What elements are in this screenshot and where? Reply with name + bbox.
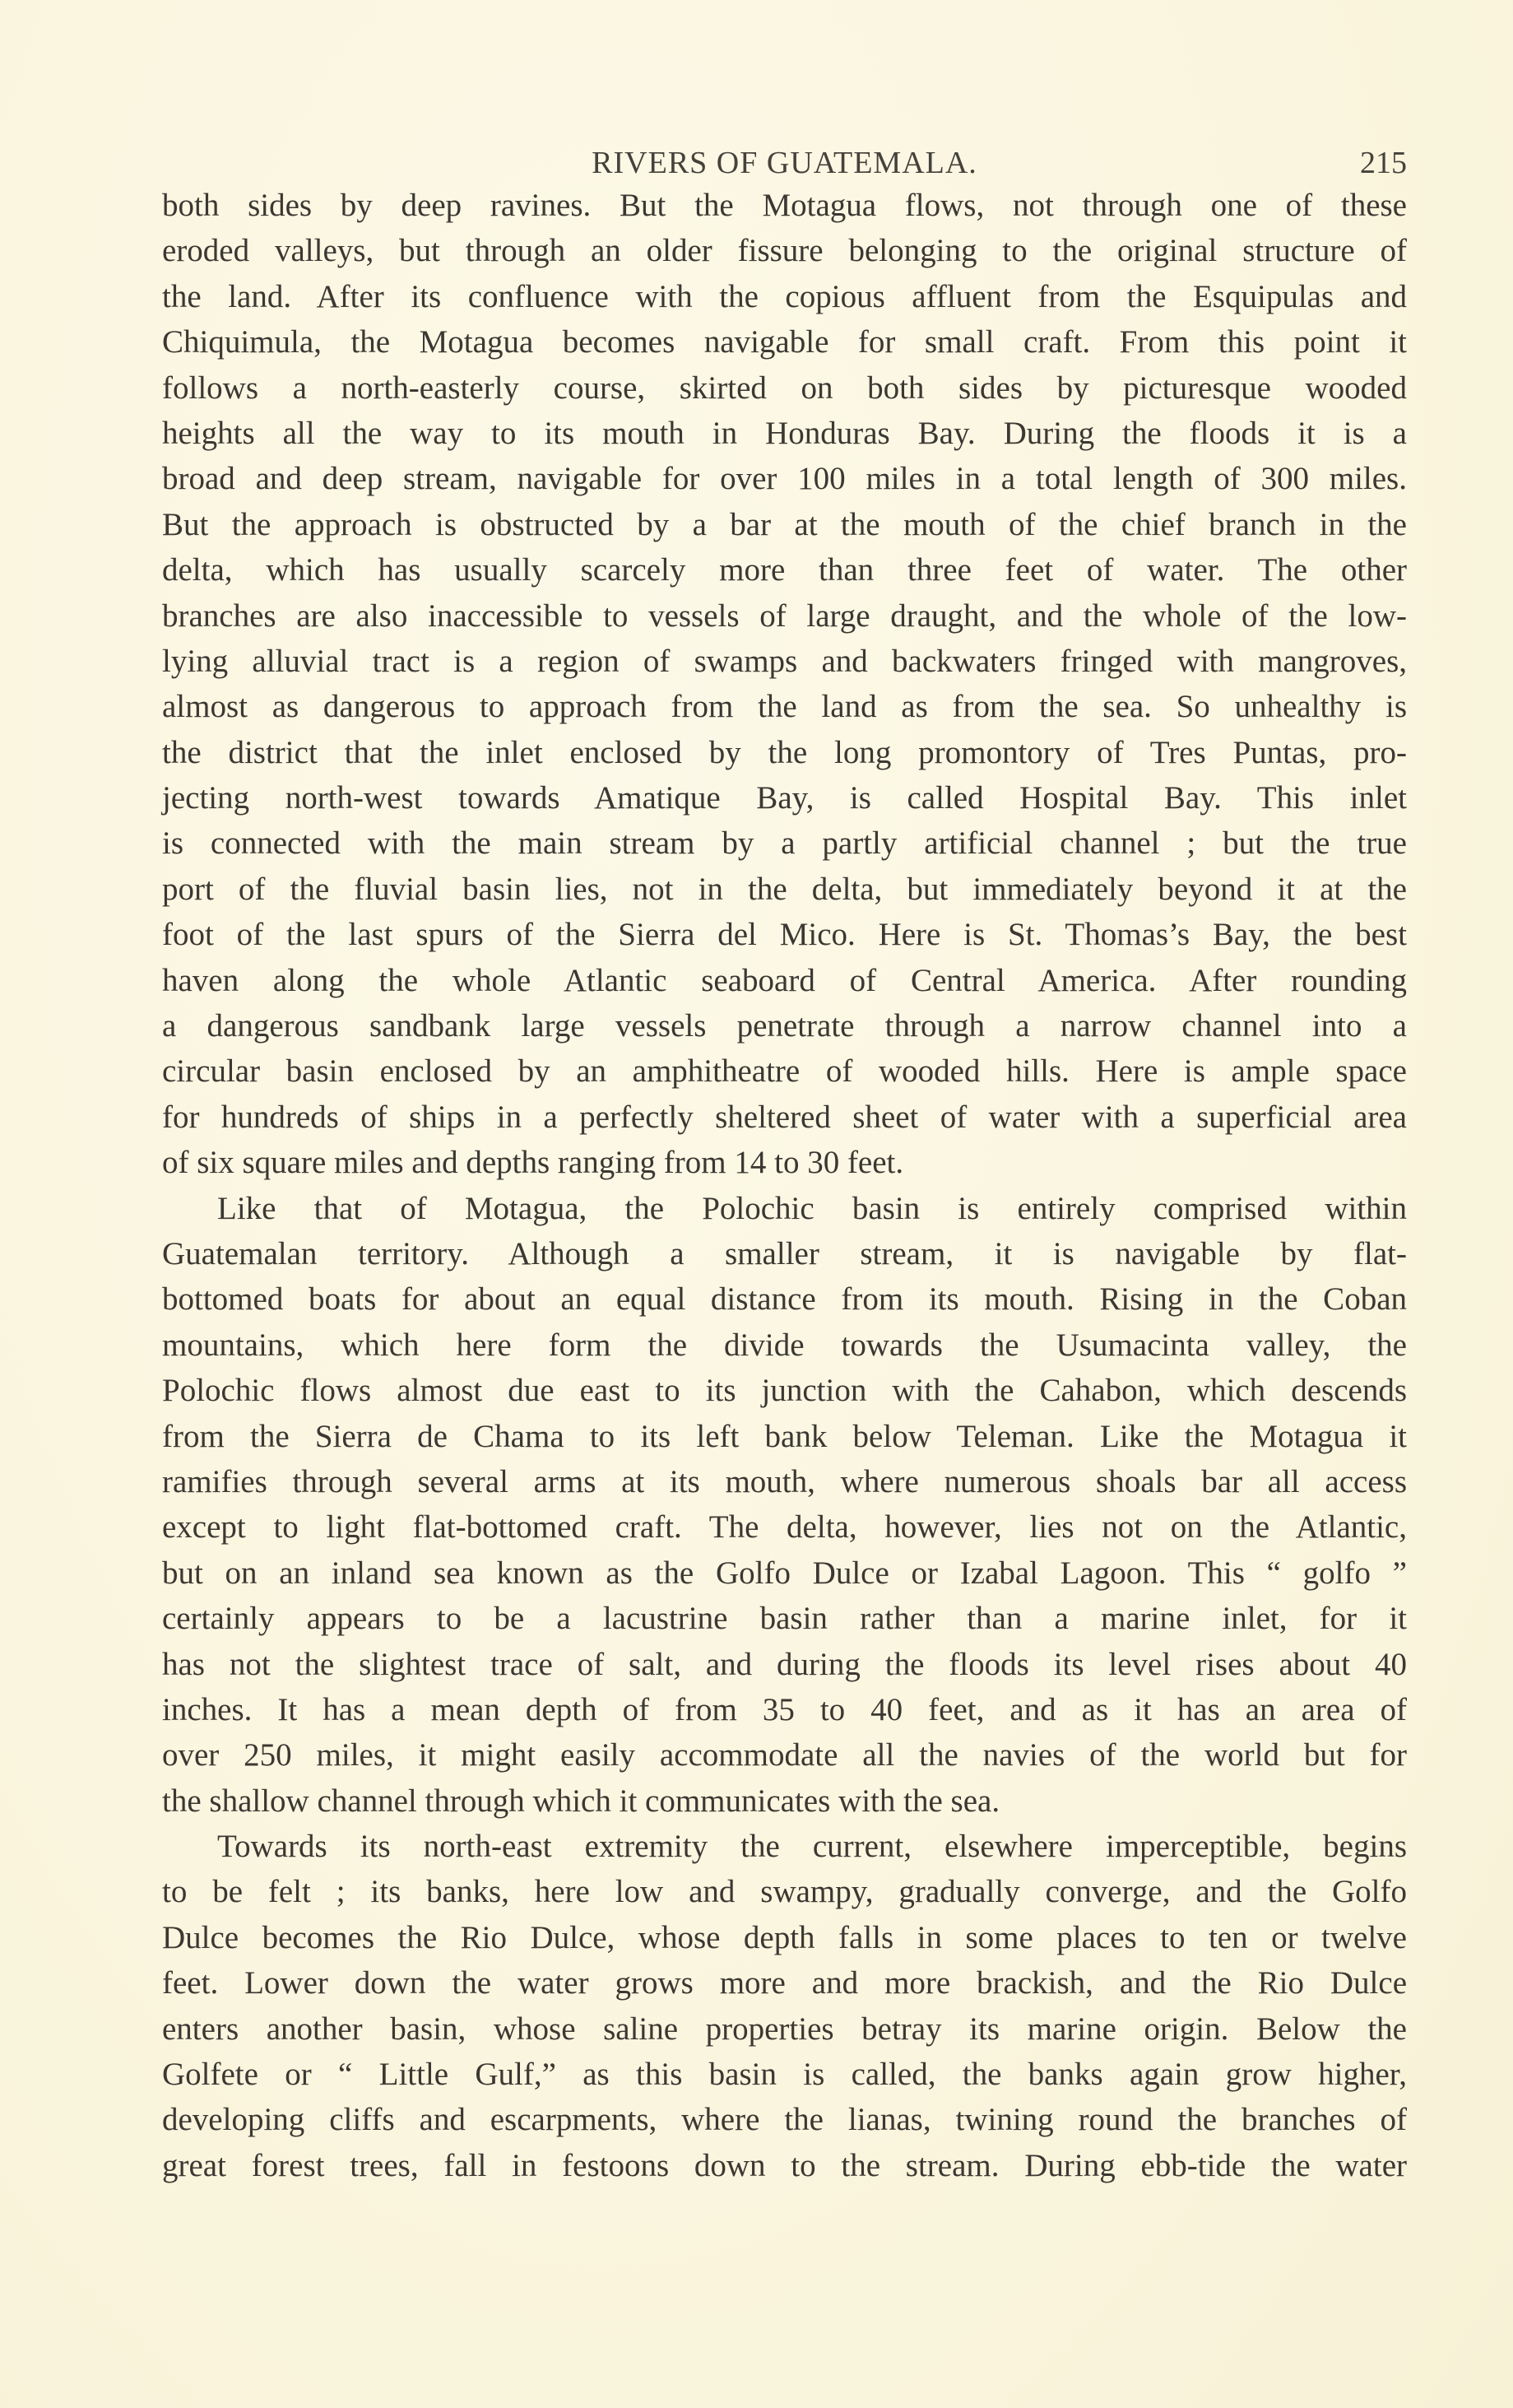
text-line: the shallow channel through which it com… — [162, 1778, 1407, 1824]
text-line: follows a north-easterly course, skirted… — [162, 365, 1407, 411]
paragraph-motagua: both sides by deep ravines. But the Mota… — [162, 183, 1407, 1186]
paragraph-polochic: Like that of Motagua, the Polochic basin… — [162, 1186, 1407, 1824]
text-line: lying alluvial tract is a region of swam… — [162, 639, 1407, 684]
text-line: port of the fluvial basin lies, not in t… — [162, 867, 1407, 912]
page-number: 215 — [1360, 138, 1407, 188]
text-line: bottomed boats for about an equal distan… — [162, 1276, 1407, 1322]
text-line: circular basin enclosed by an amphitheat… — [162, 1048, 1407, 1094]
text-line: but on an inland sea known as the Golfo … — [162, 1550, 1407, 1596]
text-line: Chiquimula, the Motagua becomes navigabl… — [162, 319, 1407, 365]
text-line: feet. Lower down the water grows more an… — [162, 1960, 1407, 2006]
text-line: But the approach is obstructed by a bar … — [162, 502, 1407, 547]
text-line: Polochic flows almost due east to its ju… — [162, 1368, 1407, 1413]
text-line: from the Sierra de Chama to its left ban… — [162, 1414, 1407, 1459]
text-line: Dulce becomes the Rio Dulce, whose depth… — [162, 1915, 1407, 1960]
text-line: almost as dangerous to approach from the… — [162, 684, 1407, 729]
text-line: is connected with the main stream by a p… — [162, 820, 1407, 866]
text-line: eroded valleys, but through an older fis… — [162, 228, 1407, 273]
text-line: Guatemalan territory. Although a smaller… — [162, 1231, 1407, 1276]
text-line: for hundreds of ships in a perfectly she… — [162, 1095, 1407, 1140]
text-line: of six square miles and depths ranging f… — [162, 1140, 1407, 1185]
text-line: heights all the way to its mouth in Hond… — [162, 411, 1407, 456]
text-line: ramifies through several arms at its mou… — [162, 1459, 1407, 1504]
text-line: the district that the inlet enclosed by … — [162, 730, 1407, 775]
text-line: great forest trees, fall in festoons dow… — [162, 2143, 1407, 2188]
text-line: haven along the whole Atlantic seaboard … — [162, 958, 1407, 1003]
running-title: RIVERS OF GUATEMALA. — [162, 138, 1407, 188]
text-line: certainly appears to be a lacustrine bas… — [162, 1596, 1407, 1641]
text-line: a dangerous sandbank large vessels penet… — [162, 1003, 1407, 1048]
text-line: Towards its north-east extremity the cur… — [162, 1824, 1407, 1869]
page-header: RIVERS OF GUATEMALA. 215 — [162, 138, 1407, 188]
text-line: jecting north-west towards Amatique Bay,… — [162, 775, 1407, 820]
text-line: inches. It has a mean depth of from 35 t… — [162, 1687, 1407, 1732]
text-line: the land. After its confluence with the … — [162, 274, 1407, 319]
text-line: has not the slightest trace of salt, and… — [162, 1642, 1407, 1687]
text-line: except to light flat-bottomed craft. The… — [162, 1504, 1407, 1550]
body-text: both sides by deep ravines. But the Mota… — [162, 183, 1407, 2188]
text-line: Golfete or “ Little Gulf,” as this basin… — [162, 2052, 1407, 2097]
text-line: over 250 miles, it might easily accommod… — [162, 1732, 1407, 1778]
text-line: mountains, which here form the divide to… — [162, 1323, 1407, 1368]
text-line: Like that of Motagua, the Polochic basin… — [162, 1186, 1407, 1231]
text-line: foot of the last spurs of the Sierra del… — [162, 912, 1407, 957]
text-line: delta, which has usually scarcely more t… — [162, 547, 1407, 593]
text-line: branches are also inaccessible to vessel… — [162, 593, 1407, 639]
text-line: to be felt ; its banks, here low and swa… — [162, 1869, 1407, 1914]
text-line: both sides by deep ravines. But the Mota… — [162, 183, 1407, 228]
paragraph-rio-dulce: Towards its north-east extremity the cur… — [162, 1824, 1407, 2188]
text-line: broad and deep stream, navigable for ove… — [162, 456, 1407, 501]
text-line: developing cliffs and escarpments, where… — [162, 2097, 1407, 2142]
text-line: enters another basin, whose saline prope… — [162, 2006, 1407, 2052]
